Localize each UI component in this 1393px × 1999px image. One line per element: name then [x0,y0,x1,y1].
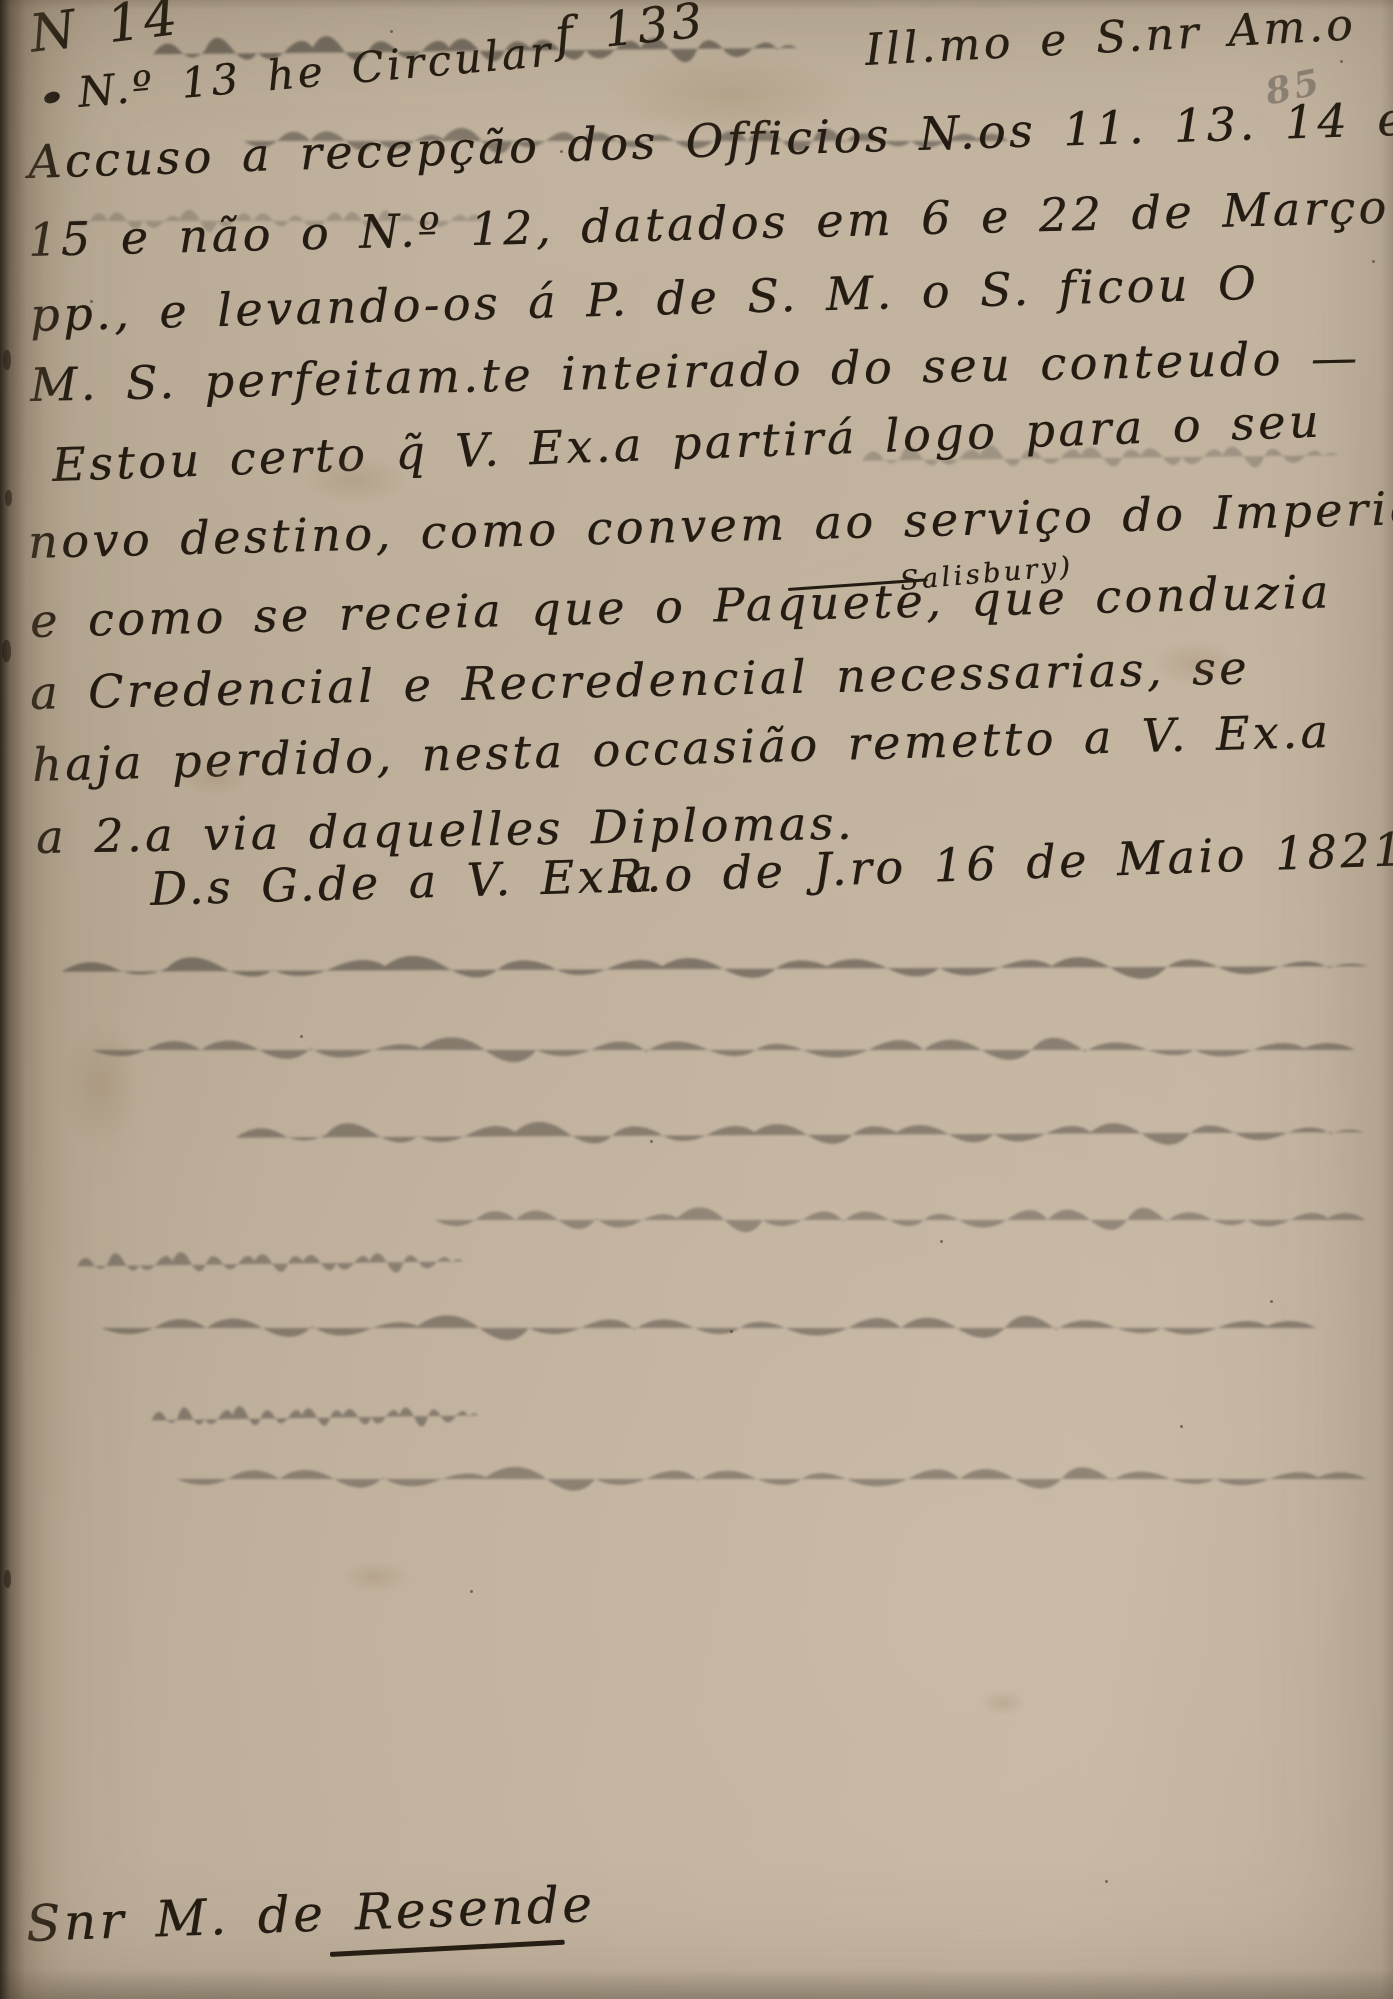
ink-speck [1340,60,1343,63]
stain [340,1560,410,1594]
manuscript-page: N 14 N.º 13 he Circular f 133 Ill.mo e S… [0,0,1393,1999]
ink-speck [300,1035,303,1038]
manuscript-line: a Credencial e Recredencial necessarias,… [29,640,1250,720]
stain [60,1020,140,1150]
bleed-through-line [75,1238,465,1288]
gutter-ink-mark [4,1570,11,1588]
manuscript-line: haja perdido, nesta occasião remetto a V… [31,704,1332,792]
addressee: Snr M. de Resende [25,1875,596,1953]
ink-blot [43,90,62,106]
manuscript-line: pp., e levando-os á P. de S. M. o S. fic… [29,256,1259,342]
ink-speck [1105,1880,1108,1883]
manuscript-line: novo destino, como convem ao serviço do … [27,481,1393,569]
salutation: Ill.mo e S.nr Am.o [864,0,1358,76]
bleed-through-line [95,1300,1335,1356]
ink-speck [470,1590,473,1593]
bleed-through-line [55,940,1375,996]
bleed-through-line [430,1192,1380,1248]
bleed-through-line [230,1106,1370,1162]
manuscript-line: Accuso a recepção dos Officios N.os 11. … [27,92,1393,189]
ink-speck [90,300,93,303]
ink-speck [1180,1425,1183,1428]
bleed-through-line [85,1022,1375,1078]
ink-speck [940,1240,943,1243]
manuscript-line: e como se receia que o Paquete, que cond… [29,564,1332,648]
gutter-ink-mark [3,350,11,370]
gutter-ink-mark [5,490,12,506]
ink-speck [730,1330,733,1333]
letter-number: N 14 [26,0,183,65]
ink-speck [560,150,563,153]
folio-number: f 133 [552,0,708,64]
ink-speck [1270,1300,1273,1303]
manuscript-line: 15 e não o N.º 12, datados em 6 e 22 de … [27,180,1390,267]
bleed-through-line [150,1392,480,1442]
ink-speck [390,30,393,33]
ink-speck [1330,510,1333,513]
gutter-ink-mark [2,640,11,662]
stain [980,1690,1026,1716]
signature-flourish [330,1940,565,1957]
ink-speck [650,1140,653,1143]
manuscript-line: Estou certo q̃ V. Ex.a partirá logo para… [51,394,1323,492]
ink-speck [1372,260,1375,263]
bleed-through-line [170,1452,1385,1506]
